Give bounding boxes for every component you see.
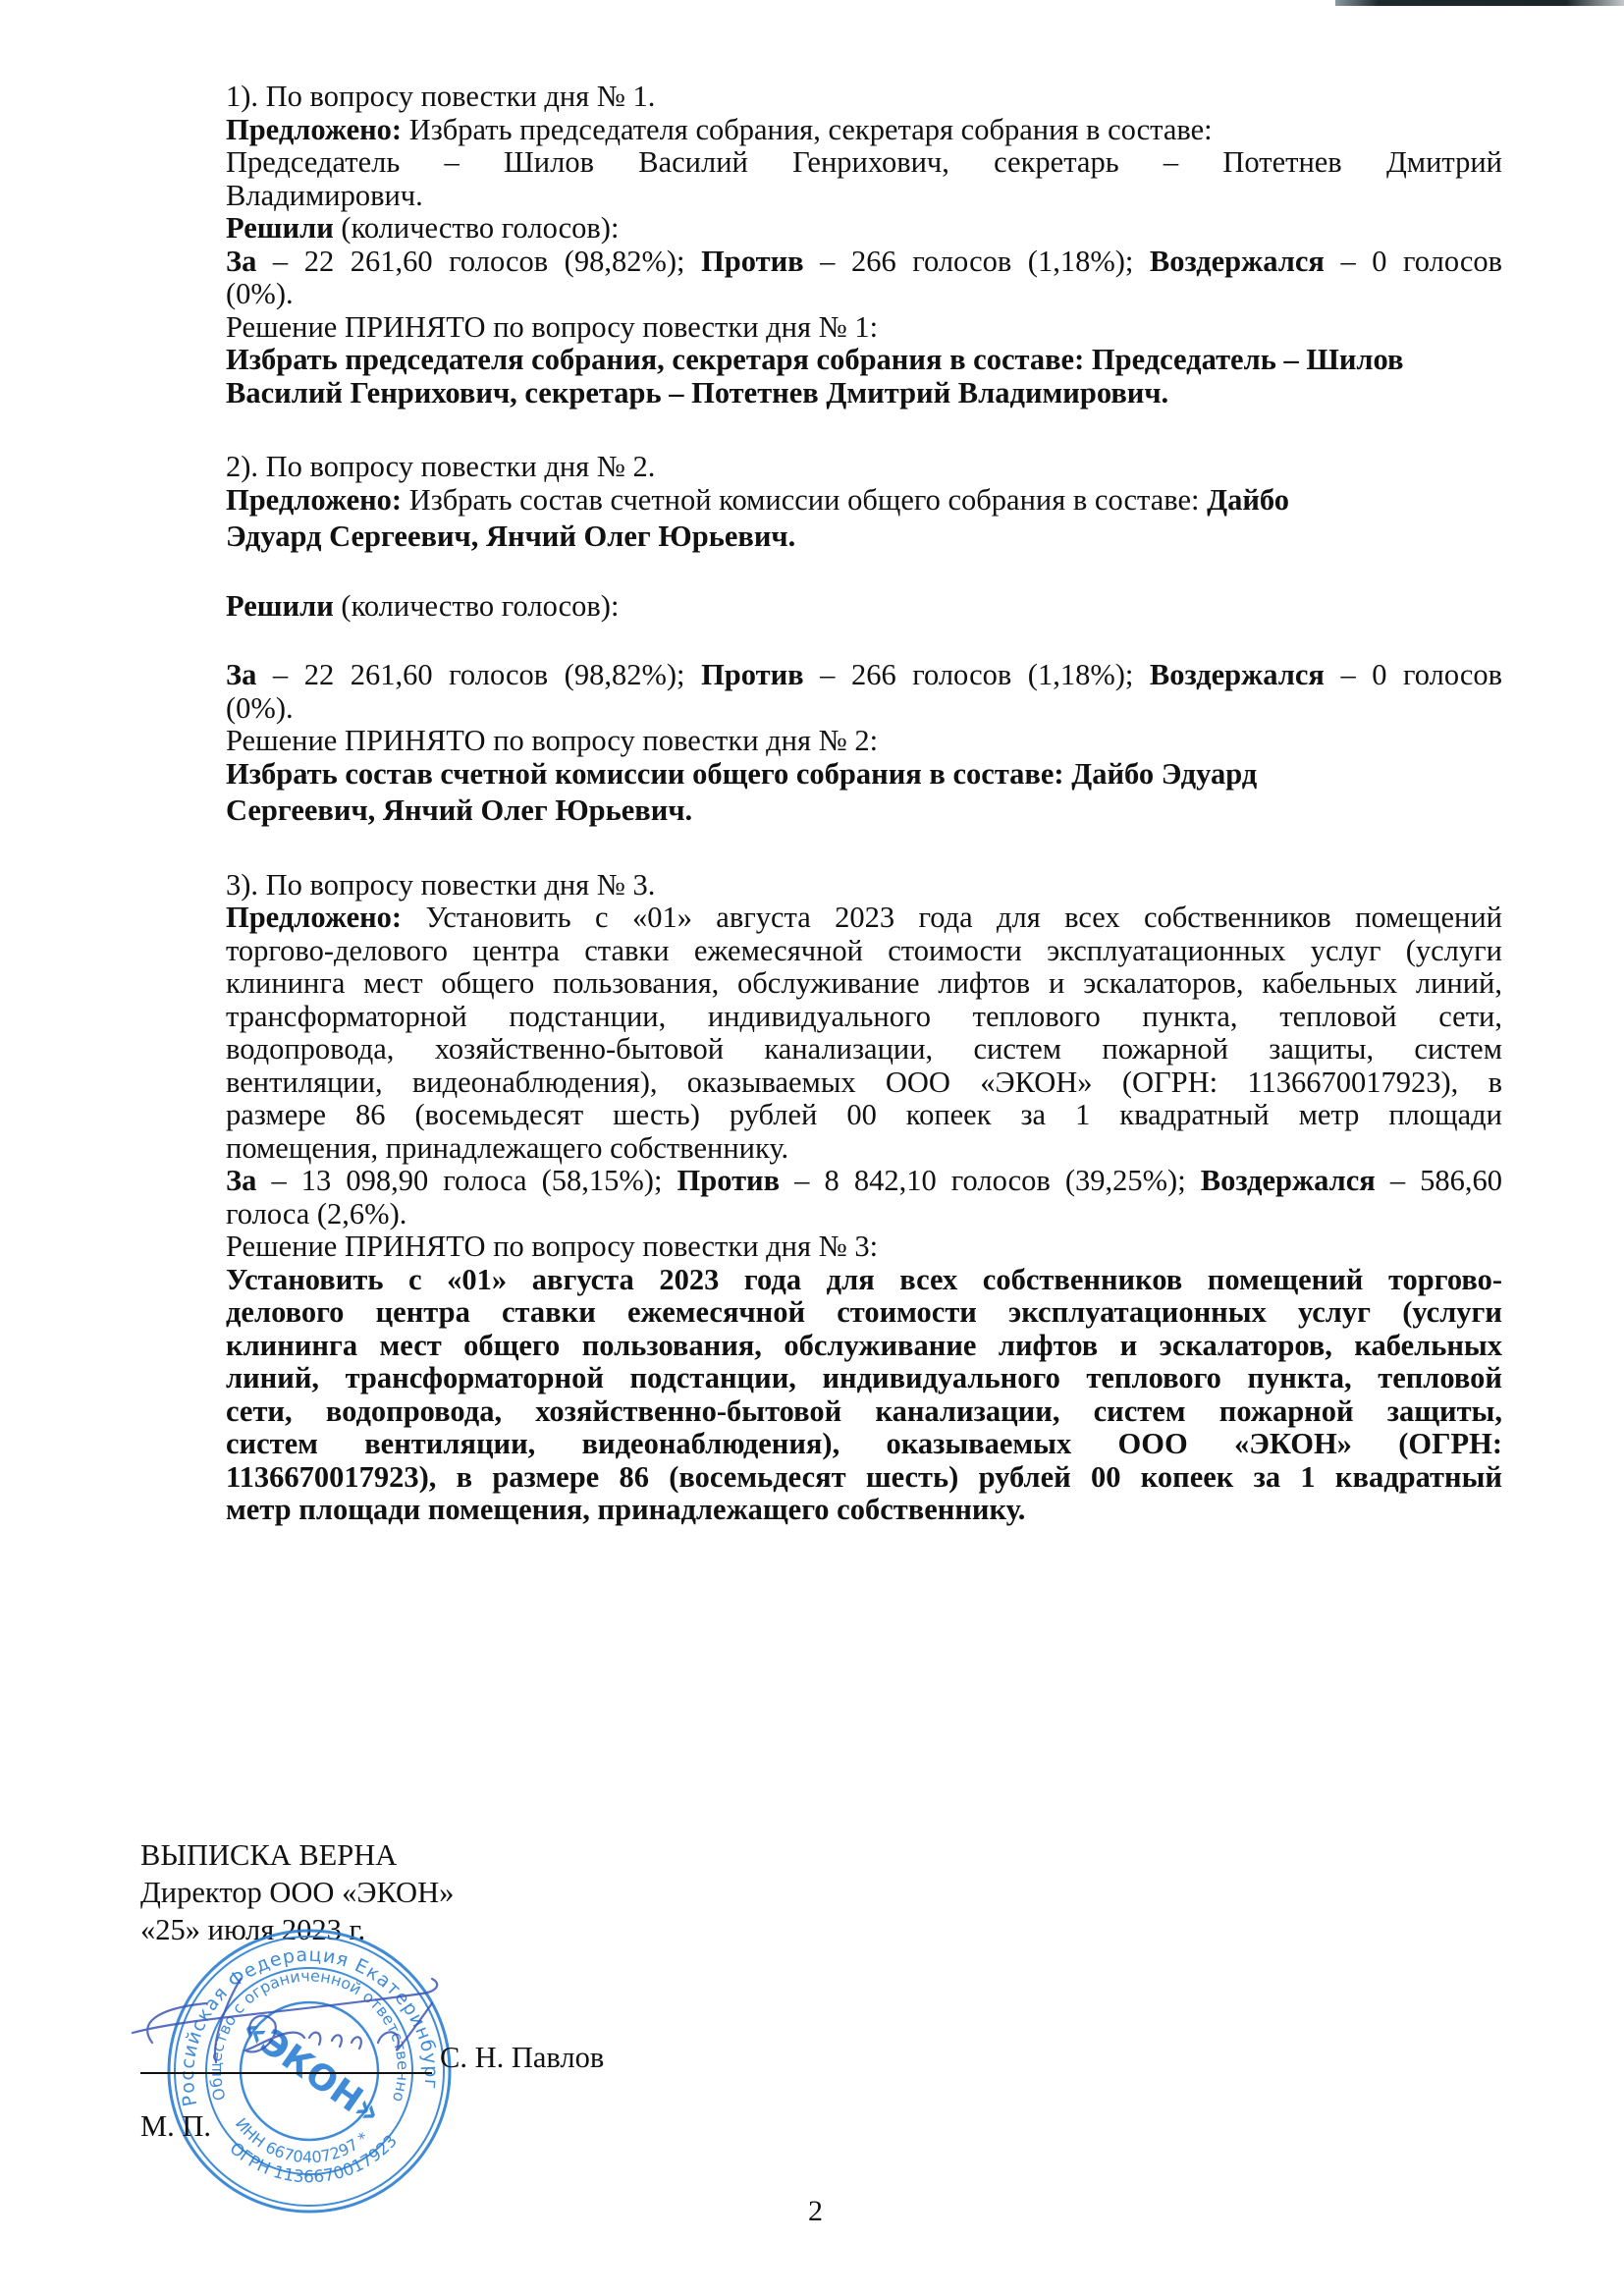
resolution-text: сети, водопровода, хозяйственно-бытовой …: [226, 1394, 1502, 1428]
votes-abstain-value: – 0 голосов: [1340, 658, 1502, 691]
votes-tail: (0%).: [226, 278, 1502, 311]
votes-against-value: – 266 голосов (1,18%);: [820, 245, 1133, 278]
resolution-text: 1136670017923), в размере 86 (восемьдеся…: [226, 1460, 1502, 1494]
section-heading: 1). По вопросу повестки дня № 1.: [226, 81, 1502, 114]
proposed-line: Владимирович.: [226, 180, 1502, 213]
decided-label: Решили: [226, 589, 334, 623]
resolution-line: Установить с «01» августа 2023 года для …: [226, 1264, 1502, 1297]
decided-line: Решили (количество голосов):: [226, 590, 1502, 624]
votes-against-value: – 8 842,10 голосов (39,25%);: [794, 1164, 1186, 1197]
resolution-text: Установить с «01» августа 2023 года для …: [226, 1263, 1502, 1296]
votes-abstain-value: – 586,60: [1390, 1164, 1502, 1197]
proposed-text: Установить с «01» августа 2023 года для …: [425, 901, 1502, 934]
proposed-names: Дайбо: [1207, 483, 1289, 517]
decided-line: Решили (количество голосов):: [226, 212, 1502, 246]
proposed-label: Предложено:: [226, 483, 402, 517]
signer-name: С. Н. Павлов: [440, 2041, 604, 2075]
resolution-text: Василий Генрихович, секретарь – Потетнев…: [226, 376, 1168, 410]
proposed-line: трансформаторной подстанции, индивидуаль…: [226, 1001, 1502, 1034]
resolution-text: делового центра ставки ежемесячной стоим…: [226, 1295, 1502, 1329]
agenda-section-3: 3). По вопросу повестки дня № 3. Предлож…: [226, 869, 1502, 1527]
section-heading: 3). По вопросу повестки дня № 3.: [226, 869, 1502, 902]
signature-line: [140, 2072, 432, 2074]
decided-label: Решили: [226, 211, 334, 245]
resolution-line: Избрать состав счетной комиссии общего с…: [226, 758, 1502, 792]
scan-artifact-band: [1335, 0, 1624, 6]
proposed-names: Эдуард Сергеевич, Янчий Олег Юрьевич.: [226, 519, 795, 553]
votes-for-label: За: [226, 1164, 256, 1197]
page-number: 2: [808, 2195, 823, 2228]
proposed-label: Предложено:: [226, 901, 402, 934]
votes-against-label: Против: [701, 245, 804, 278]
spacer: [226, 623, 1502, 659]
document-body: 1). По вопросу повестки дня № 1. Предлож…: [226, 81, 1502, 1527]
resolution-line: систем вентиляции, видеонаблюдения), ока…: [226, 1428, 1502, 1461]
resolution-line: Василий Генрихович, секретарь – Потетнев…: [226, 377, 1502, 410]
decided-suffix: (количество голосов):: [341, 211, 619, 245]
resolution-text: линий, трансформаторной подстанции, инди…: [226, 1361, 1502, 1394]
proposed-text: Избрать председателя собрания, секретаря…: [409, 113, 1213, 146]
resolution-line: метр площади помещения, принадлежащего с…: [226, 1494, 1502, 1527]
votes-line: За – 13 098,90 голоса (58,15%); Против –…: [226, 1165, 1502, 1198]
votes-abstain-label: Воздержался: [1201, 1164, 1376, 1197]
votes-tail: (0%).: [226, 692, 1502, 726]
resolution-line: клининга мест общего пользования, обслуж…: [226, 1330, 1502, 1363]
spacer: [226, 410, 1502, 451]
resolution-line: линий, трансформаторной подстанции, инди…: [226, 1362, 1502, 1395]
resolution-line: делового центра ставки ежемесячной стоим…: [226, 1296, 1502, 1330]
resolution-line: Сергеевич, Янчий Олег Юрьевич.: [226, 794, 1502, 828]
proposed-line: Председатель – Шилов Василий Генрихович,…: [226, 146, 1502, 180]
agenda-section-1: 1). По вопросу повестки дня № 1. Предлож…: [226, 81, 1502, 410]
resolution-text: метр площади помещения, принадлежащего с…: [226, 1493, 1025, 1526]
handwritten-signature-icon: [128, 1964, 452, 2072]
resolution-line: Избрать председателя собрания, секретаря…: [226, 344, 1502, 377]
votes-for-value: – 22 261,60 голосов (98,82%);: [273, 658, 685, 691]
votes-abstain-label: Воздержался: [1150, 245, 1325, 278]
votes-against-label: Против: [677, 1164, 781, 1197]
votes-for-value: – 13 098,90 голоса (58,15%);: [271, 1164, 662, 1197]
spacer: [226, 554, 1502, 590]
section-heading: 2). По вопросу повестки дня № 2.: [226, 451, 1502, 484]
votes-abstain-value: – 0 голосов: [1340, 245, 1502, 278]
proposed-line: Предложено: Избрать председателя собрани…: [226, 114, 1502, 147]
proposed-line: вентиляции, видеонаблюдения), оказываемы…: [226, 1066, 1502, 1100]
votes-against-value: – 266 голосов (1,18%);: [820, 658, 1133, 691]
accepted-line: Решение ПРИНЯТО по вопросу повестки дня …: [226, 311, 1502, 345]
votes-line: За – 22 261,60 голосов (98,82%); Против …: [226, 659, 1502, 692]
spacer: [226, 828, 1502, 869]
proposed-label: Предложено:: [226, 113, 402, 146]
resolution-text: клининга мест общего пользования, обслуж…: [226, 1329, 1502, 1362]
resolution-text: Избрать состав счетной комиссии общего с…: [226, 757, 1257, 791]
proposed-line: помещения, принадлежащего собственнику.: [226, 1132, 1502, 1166]
accepted-line: Решение ПРИНЯТО по вопросу повестки дня …: [226, 725, 1502, 758]
proposed-line: размере 86 (восемьдесят шесть) рублей 00…: [226, 1099, 1502, 1132]
proposed-line: водопровода, хозяйственно-бытовой канали…: [226, 1033, 1502, 1066]
votes-tail: голоса (2,6%).: [226, 1198, 1502, 1231]
resolution-text: Сергеевич, Янчий Олег Юрьевич.: [226, 793, 692, 827]
resolution-line: 1136670017923), в размере 86 (восемьдеся…: [226, 1461, 1502, 1495]
proposed-line: торгово-делового центра ставки ежемесячн…: [226, 935, 1502, 968]
proposed-line: Предложено: Установить с «01» августа 20…: [226, 902, 1502, 935]
votes-for-label: За: [226, 245, 256, 278]
proposed-line: Эдуард Сергеевич, Янчий Олег Юрьевич.: [226, 520, 1502, 554]
resolution-text: систем вентиляции, видеонаблюдения), ока…: [226, 1427, 1502, 1460]
decided-suffix: (количество голосов):: [341, 589, 619, 623]
proposed-text: Избрать состав счетной комиссии общего с…: [409, 483, 1200, 517]
resolution-line: сети, водопровода, хозяйственно-бытовой …: [226, 1395, 1502, 1429]
resolution-text: Избрать председателя собрания, секретаря…: [226, 343, 1403, 376]
votes-against-label: Против: [701, 658, 804, 691]
votes-for-label: За: [226, 658, 256, 691]
votes-abstain-label: Воздержался: [1150, 658, 1325, 691]
proposed-line: Предложено: Избрать состав счетной комис…: [226, 484, 1502, 518]
votes-for-value: – 22 261,60 голосов (98,82%);: [273, 245, 685, 278]
agenda-section-2: 2). По вопросу повестки дня № 2. Предлож…: [226, 451, 1502, 828]
certified-label: ВЫПИСКА ВЕРНА: [140, 1836, 454, 1874]
accepted-line: Решение ПРИНЯТО по вопросу повестки дня …: [226, 1230, 1502, 1264]
votes-line: За – 22 261,60 голосов (98,82%); Против …: [226, 246, 1502, 279]
signer-position: Директор ООО «ЭКОН»: [140, 1874, 454, 1911]
proposed-line: клининга мест общего пользования, обслуж…: [226, 967, 1502, 1001]
seal-place-label: М. П.: [140, 2109, 211, 2144]
